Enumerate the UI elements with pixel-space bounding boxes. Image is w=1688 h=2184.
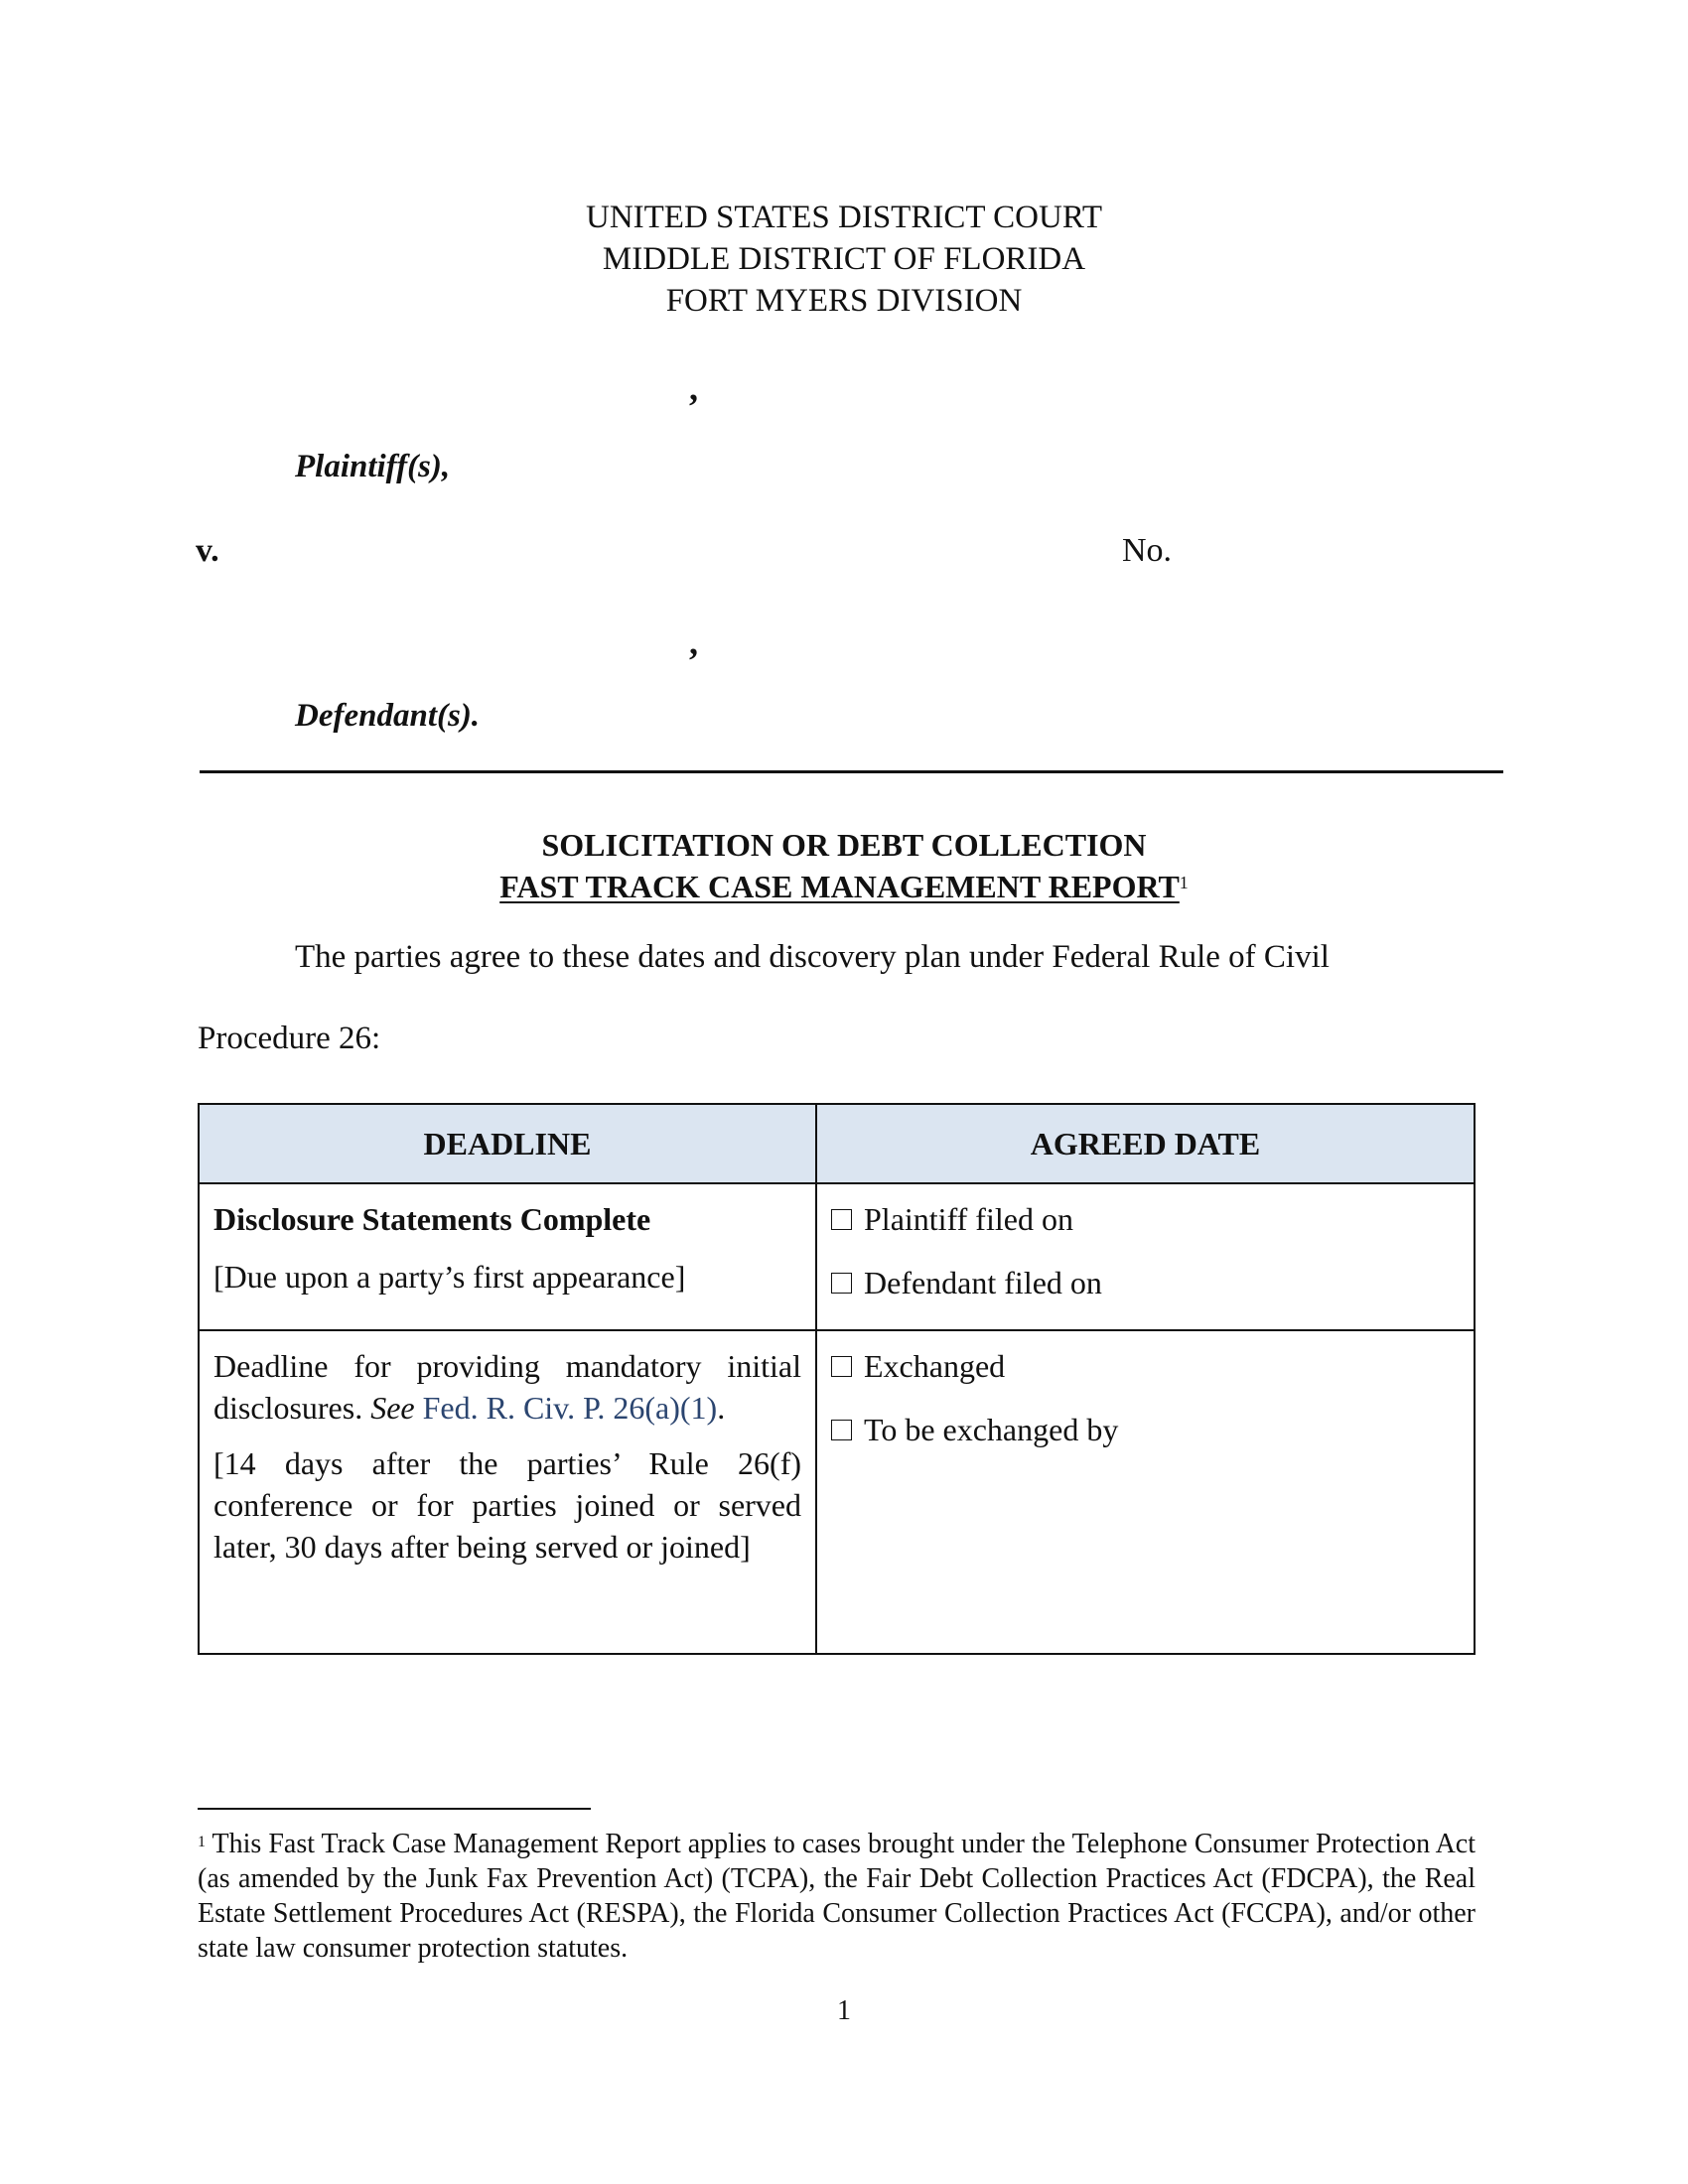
court-district: MIDDLE DISTRICT OF FLORIDA <box>0 238 1688 280</box>
agreed-date-cell: Exchanged To be exchanged by <box>816 1330 1475 1654</box>
intro-line2: Procedure 26: <box>198 1021 380 1057</box>
report-title: SOLICITATION OR DEBT COLLECTION FAST TRA… <box>0 824 1688 907</box>
checkbox-label: Exchanged <box>864 1345 1005 1387</box>
table-row: Disclosure Statements Complete [Due upon… <box>199 1183 1475 1330</box>
agreed-date-cell: Plaintiff filed on Defendant filed on <box>816 1183 1475 1330</box>
footnote-text: This Fast Track Case Management Report a… <box>198 1829 1476 1964</box>
deadline-cell: Deadline for providing mandatory initial… <box>199 1330 816 1654</box>
court-name: UNITED STATES DISTRICT COURT <box>0 197 1688 238</box>
deadline-description: Deadline for providing mandatory initial… <box>213 1345 801 1429</box>
checkbox-icon[interactable] <box>831 1420 852 1440</box>
case-number-label: No. <box>1122 532 1172 570</box>
defendant-name-comma: , <box>689 621 698 663</box>
court-division: FORT MYERS DIVISION <box>0 280 1688 322</box>
deadline-title: Disclosure Statements Complete <box>213 1198 801 1240</box>
footnote: 1 This Fast Track Case Management Report… <box>198 1827 1476 1966</box>
checkbox-icon[interactable] <box>831 1209 852 1230</box>
see-signal: See <box>370 1390 414 1426</box>
deadline-note: [14 days after the parties’ Rule 26(f) c… <box>213 1442 801 1568</box>
checkbox-icon[interactable] <box>831 1356 852 1377</box>
versus-label: v. <box>196 532 219 570</box>
table-header-row: DEADLINE AGREED DATE <box>199 1104 1475 1183</box>
checkbox-defendant-filed[interactable]: Defendant filed on <box>831 1262 1460 1303</box>
checkbox-exchanged[interactable]: Exchanged <box>831 1345 1460 1387</box>
checkbox-label: Defendant filed on <box>864 1262 1102 1303</box>
checkbox-plaintiff-filed[interactable]: Plaintiff filed on <box>831 1198 1460 1240</box>
footnote-separator <box>198 1808 591 1810</box>
citation-period: . <box>717 1390 725 1426</box>
caption-divider <box>200 770 1503 773</box>
intro-line1: The parties agree to these dates and dis… <box>295 939 1330 976</box>
checkbox-to-be-exchanged[interactable]: To be exchanged by <box>831 1409 1460 1450</box>
report-title-line2: FAST TRACK CASE MANAGEMENT REPORT <box>499 869 1180 904</box>
citation-link[interactable]: Fed. R. Civ. P. 26(a)(1) <box>423 1390 718 1426</box>
page-number: 1 <box>0 1995 1688 2027</box>
plaintiff-name-comma: , <box>689 367 698 409</box>
column-header-agreed-date: AGREED DATE <box>816 1104 1475 1183</box>
defendant-label: Defendant(s). <box>295 698 480 735</box>
deadline-table: DEADLINE AGREED DATE Disclosure Statemen… <box>198 1103 1476 1655</box>
plaintiff-label: Plaintiff(s), <box>295 449 450 485</box>
table-row: Deadline for providing mandatory initial… <box>199 1330 1475 1654</box>
checkbox-label: To be exchanged by <box>864 1409 1118 1450</box>
court-heading: UNITED STATES DISTRICT COURT MIDDLE DIST… <box>0 197 1688 322</box>
footnote-number: 1 <box>198 1834 206 1850</box>
report-title-line1: SOLICITATION OR DEBT COLLECTION <box>0 824 1688 866</box>
title-footnote-ref[interactable]: 1 <box>1180 873 1189 892</box>
checkbox-icon[interactable] <box>831 1273 852 1294</box>
deadline-note: [Due upon a party’s first appearance] <box>213 1256 801 1297</box>
column-header-deadline: DEADLINE <box>199 1104 816 1183</box>
deadline-cell: Disclosure Statements Complete [Due upon… <box>199 1183 816 1330</box>
checkbox-label: Plaintiff filed on <box>864 1198 1073 1240</box>
